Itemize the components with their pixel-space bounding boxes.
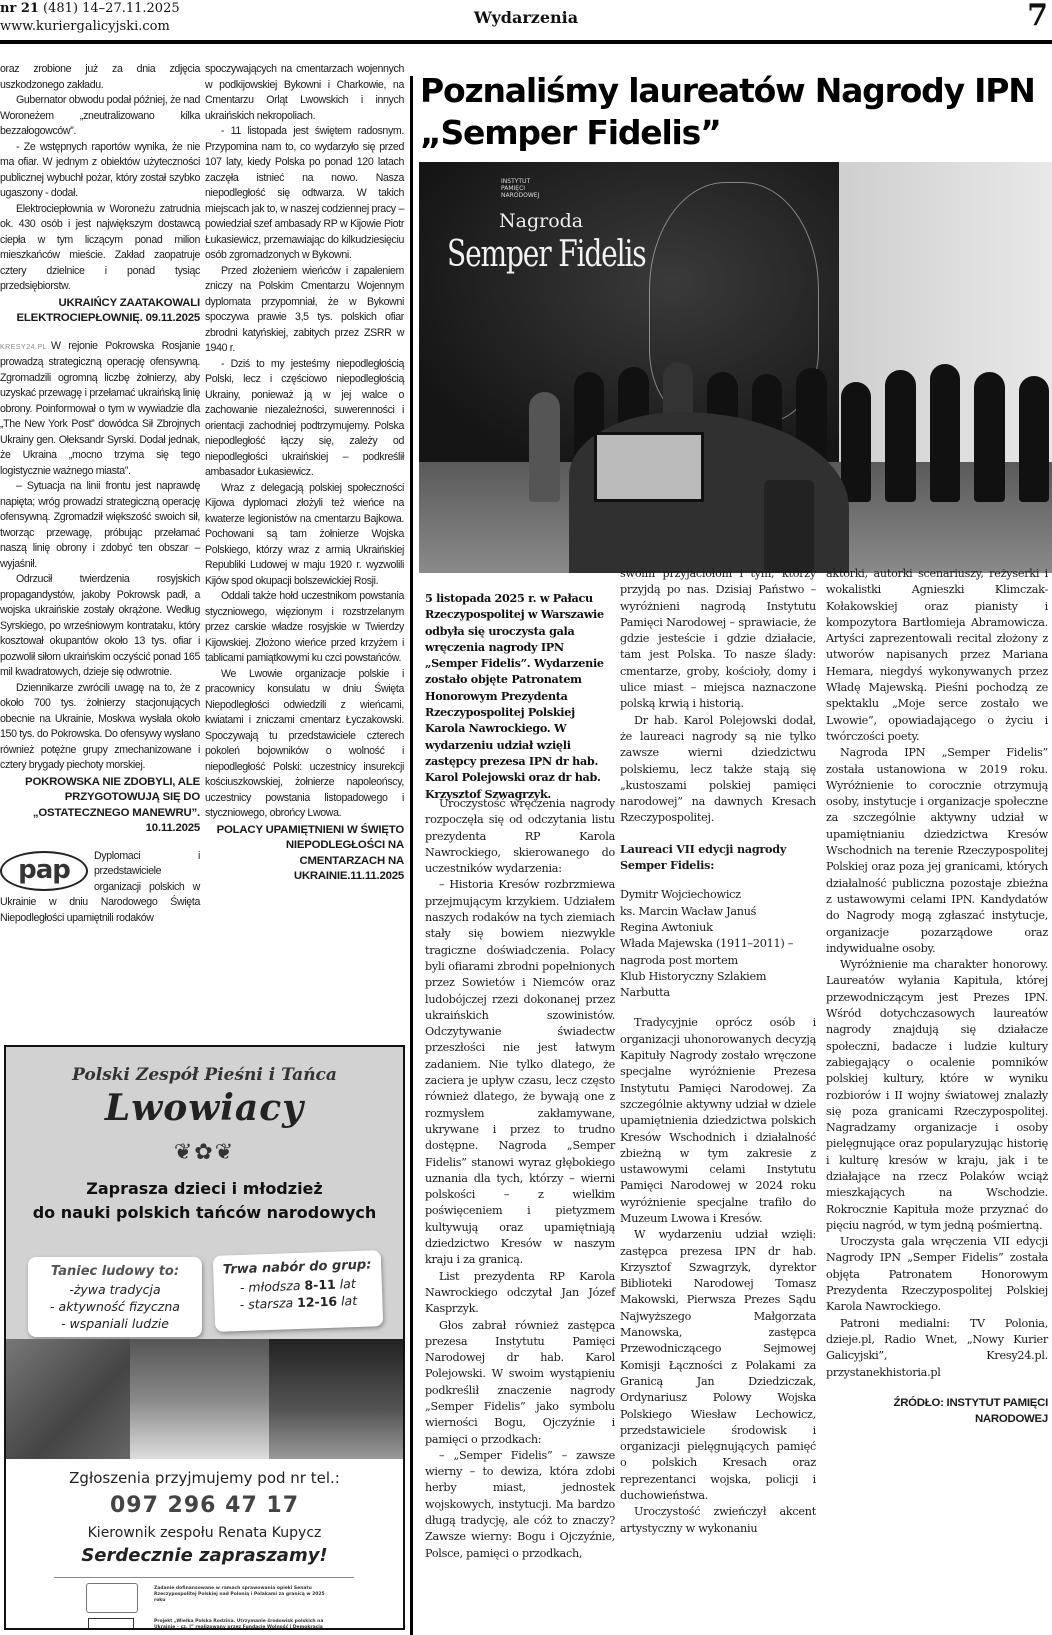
- paragraph: Przed złożeniem wieńców i zapaleniem zni…: [205, 264, 404, 357]
- backdrop-label: Nagroda: [499, 210, 583, 232]
- news-source: POLACY UPAMIĘTNIENI W ŚWIĘTO NIEPODLEGŁO…: [205, 823, 404, 885]
- kresy24-logo-icon: KRESY24.PL: [0, 340, 47, 356]
- phone-screen: [594, 432, 704, 502]
- laureate-item: Regina Awtoniuk: [620, 920, 816, 936]
- paragraph: – Sytuacja na linii frontu jest naprawdę…: [0, 479, 200, 572]
- ad-leader: Kierownik zespołu Renata Kupycz: [6, 1525, 403, 1541]
- article-photo: INSTYTUT PAMIĘCI NARODOWEJ Nagroda Sempe…: [419, 162, 1052, 573]
- paragraph: Dr hab. Karol Polejowski dodał, że laure…: [620, 713, 816, 827]
- paragraph: – Historia Kresów rozbrzmiewa przejmując…: [425, 877, 615, 1268]
- column-divider: [410, 76, 413, 1635]
- page-number: 7: [1027, 0, 1048, 33]
- paragraph: Gubernator obwodu podał później, że nad …: [0, 93, 200, 140]
- ad-invite: Zaprasza dzieci i młodzież do nauki pols…: [6, 1177, 403, 1225]
- section-title: Wydarzenia: [0, 8, 1052, 27]
- paragraph: Nagroda IPN „Semper Fidelis” została ust…: [826, 745, 1048, 957]
- article-column-3: aktorki, autorki scenariuszy, reżyserki …: [826, 566, 1048, 1427]
- ad-divider: [54, 1577, 354, 1578]
- ad-welcome: Serdecznie zapraszamy!: [6, 1545, 403, 1566]
- news-source: UKRAIŃCY ZAATAKOWALI ELEKTROCIEPŁOWNIĘ. …: [0, 296, 200, 327]
- paragraph: Odrzucił twierdzenia rosyjskich propagan…: [0, 572, 200, 681]
- paragraph: Głos zabrał również zastępca prezesa Ins…: [425, 1318, 615, 1448]
- laureate-item: ks. Marcin Wacław Januś: [620, 904, 816, 920]
- backdrop-award-name: Semper Fidelis: [447, 234, 645, 275]
- paragraph: Patroni medialni: TV Polonia, dzieje.pl,…: [826, 1316, 1048, 1381]
- flower-ornament-icon: ❦✿❦: [6, 1139, 403, 1165]
- paragraph: - Dziś to my jesteśmy niepodległością Po…: [205, 357, 404, 481]
- paragraph: List prezydenta RP Karola Nawrockiego od…: [425, 1269, 615, 1318]
- paragraph: W wydarzeniu udział wzięli: zastępca pre…: [620, 1227, 816, 1504]
- ad-funding-note: Zadanie dofinansowane w ramach sprawowan…: [154, 1586, 334, 1604]
- ad-apply-text: Zgłoszenia przyjmujemy pod nr tel.:: [6, 1469, 403, 1487]
- paragraph: Wraz z delegacją polskiej społeczności K…: [205, 481, 404, 590]
- news-source: POKROWSKA NIE ZDOBYLI, ALE PRZYGOTOWUJĄ …: [0, 775, 200, 837]
- paragraph: We Lwowie organizacje polskie i pracowni…: [205, 667, 404, 822]
- paragraph: Oddali także hołd uczestnikom powstania …: [205, 589, 404, 667]
- laureate-item: Klub Historyczny Szlakiem Narbutta: [620, 969, 816, 1002]
- paragraph: aktorki, autorki scenariuszy, reżyserki …: [826, 566, 1048, 745]
- ad-phone-number[interactable]: 097 296 47 17: [6, 1493, 403, 1518]
- senat-logo-icon: [86, 1583, 138, 1613]
- phone-icon: [764, 480, 814, 573]
- ad-photo: [269, 1339, 403, 1459]
- paragraph: Tradycyjnie oprócz osób i organizacji uh…: [620, 1015, 816, 1227]
- ad-photo: [130, 1339, 269, 1459]
- ad-photo: [6, 1339, 130, 1459]
- ad-card-recruitment: Trwa nabór do grup: - młodsza 8-11 lat -…: [213, 1250, 384, 1332]
- paragraph: - Ze wstępnych raportów wynika, że nie m…: [0, 140, 200, 202]
- news-column-2: spoczywających na cmentarzach wojennych …: [205, 62, 404, 885]
- ad-title: Lwowiacy: [6, 1087, 403, 1129]
- paragraph: spoczywających na cmentarzach wojennych …: [205, 62, 404, 124]
- paragraph: Uroczystość zwieńczył akcent artystyczny…: [620, 1504, 816, 1537]
- article-column-1: Uroczystość wręczenia nagrody rozpoczęła…: [425, 796, 615, 1562]
- paragraph: - 11 listopada jest świętem radosnym. Pr…: [205, 124, 404, 264]
- laureate-item: Dymitr Wojciechowicz: [620, 887, 816, 903]
- paragraph: Wyróżnienie ma charakter honorowy. Laure…: [826, 957, 1048, 1234]
- paragraph: – „Semper Fidelis” – zawsze wierny – to …: [425, 1448, 615, 1562]
- ad-photo-strip: [6, 1339, 403, 1459]
- paragraph: Uroczystość wręczenia nagrody rozpoczęła…: [425, 796, 615, 877]
- article-title: Poznaliśmy laureatów Nagrody IPN „Semper…: [420, 70, 1050, 154]
- header-rule: [0, 40, 1052, 44]
- paragraph: Uroczysta gala wręczenia VII edycji Nagr…: [826, 1234, 1048, 1315]
- paragraph: KRESY24.PLW rejonie Pokrowska Rosjanie p…: [0, 339, 200, 480]
- laureates-heading: Laureaci VII edycji nagrody Semper Fidel…: [620, 841, 816, 874]
- paragraph: oraz zrobione już za dnia zdjęcia uszkod…: [0, 62, 200, 93]
- paragraph: Dziennikarze zwrócili uwagę na to, że z …: [0, 681, 200, 774]
- laureate-item: Włada Majewska (1911–2011) – nagroda pos…: [620, 936, 816, 969]
- ipn-logo-icon: INSTYTUT PAMIĘCI NARODOWEJ: [501, 178, 541, 199]
- page-header: nr 21 (481) 14–27.11.2025 www.kuriergali…: [0, 0, 1052, 44]
- paragraph: swoim przyjaciołom i tym, którzy przyjdą…: [620, 566, 816, 713]
- advertisement-lwowiacy: Polski Zespół Pieśni i Tańca Lwowiacy ❦✿…: [4, 1045, 405, 1630]
- wolnosc-demokracja-logo-icon: [88, 1618, 134, 1630]
- pap-logo-icon: pap: [0, 851, 88, 891]
- article-column-2: swoim przyjaciołom i tym, którzy przyjdą…: [620, 566, 816, 1537]
- article-source: ŹRÓDŁO: INSTYTUT PAMIĘCI NARODOWEJ: [826, 1395, 1048, 1428]
- news-column-1: oraz zrobione już za dnia zdjęcia uszkod…: [0, 62, 200, 926]
- ad-card-folk-dance: Taniec ludowy to: -żywa tradycja - aktyw…: [28, 1257, 202, 1337]
- paragraph: Elektrociepłownia w Woroneżu zatrudnia o…: [0, 202, 200, 295]
- ad-project-note: Projekt „Wielka Polska Rodzina. Utrzyman…: [154, 1619, 334, 1630]
- ad-ensemble-name: Polski Zespół Pieśni i Tańca: [6, 1065, 403, 1085]
- article-lead: 5 listopada 2025 r. w Pałacu Rzeczypospo…: [425, 590, 615, 802]
